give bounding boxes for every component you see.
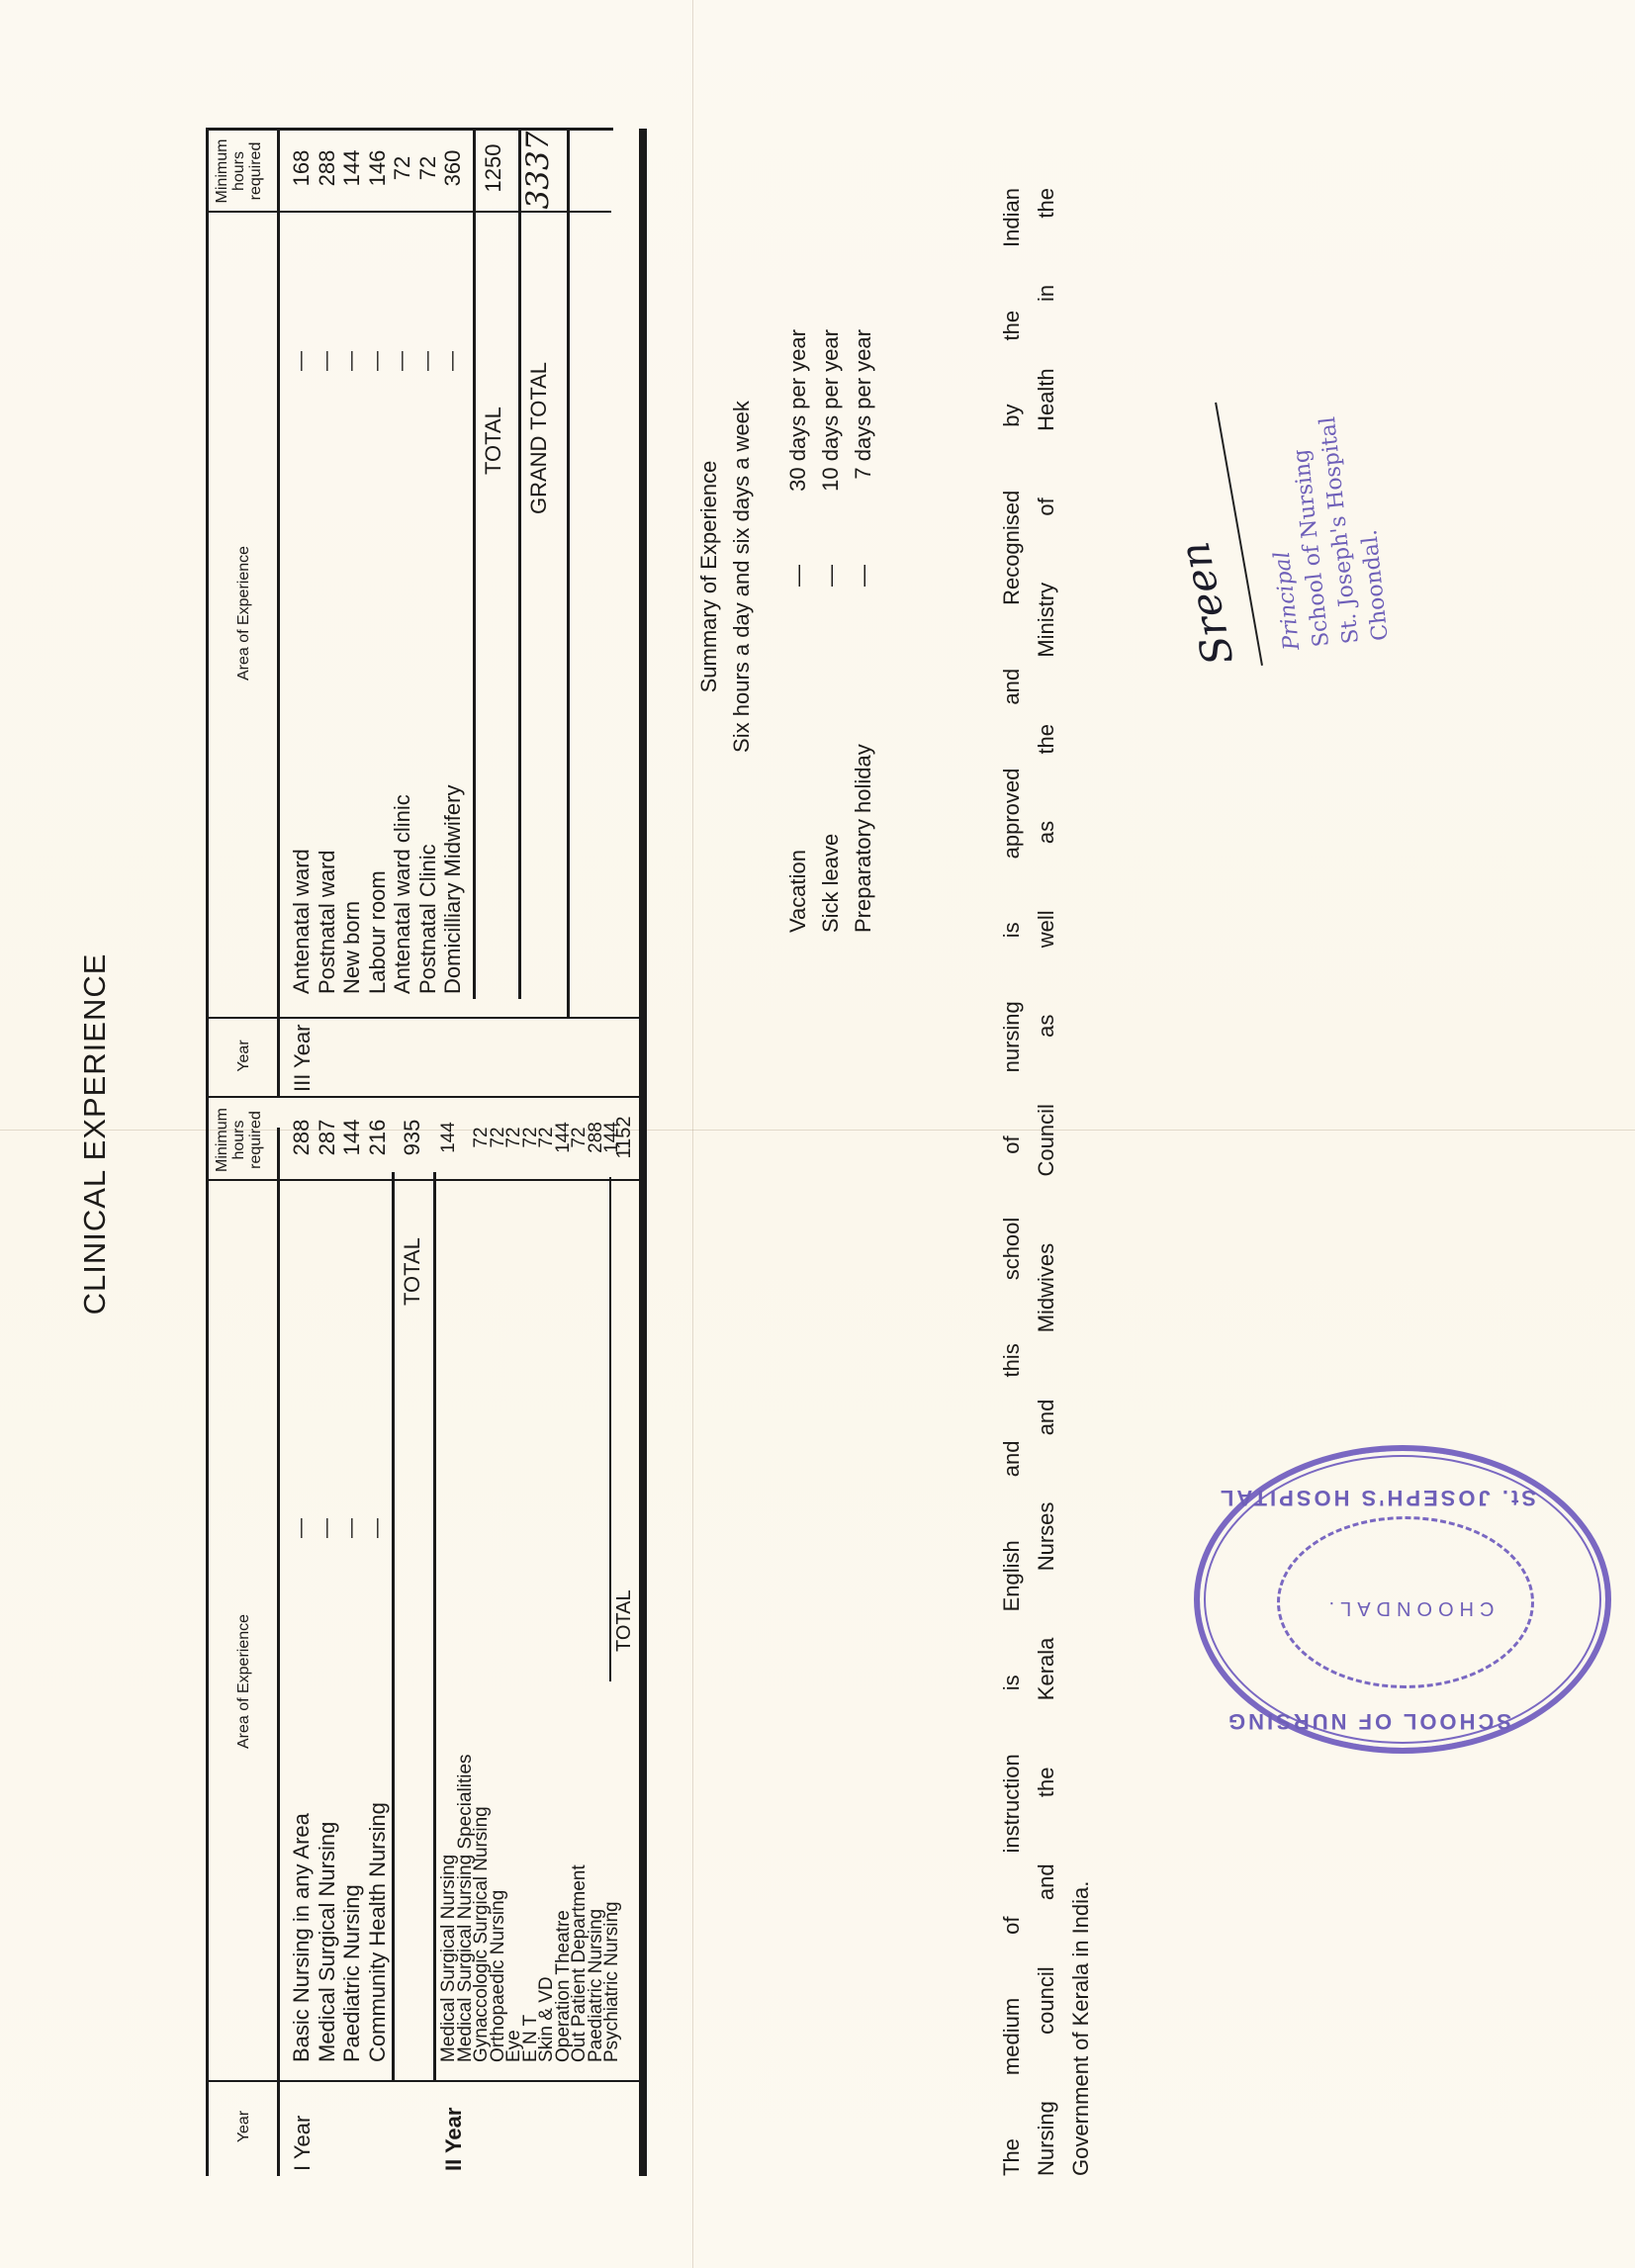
summary-value: 7 days per year xyxy=(847,329,879,537)
year-3-areas: Antenatal ward Postnatal ward New born L… xyxy=(289,785,466,994)
statement-line: The medium of instruction is English and… xyxy=(994,188,1029,2176)
area-item: New born xyxy=(339,785,365,994)
dash: — xyxy=(390,346,415,376)
summary-label: Vacation xyxy=(781,744,814,933)
subtotal-rule xyxy=(473,129,476,999)
dash: — xyxy=(847,565,879,587)
hours-value: 72 xyxy=(390,129,415,208)
year-2-hours: 144 72 72 72 72 72 144 72 288 144 xyxy=(441,1098,621,1177)
year-3-hours: 168 288 144 146 72 72 360 xyxy=(289,129,466,208)
summary-heading-block: Summary of Experience Six hours a day an… xyxy=(692,329,758,824)
table-top-rule xyxy=(206,129,209,2176)
year-3-total-label: TOTAL xyxy=(481,407,506,475)
year-2-areas: Medical Surgical Nursing Medical Surgica… xyxy=(441,1754,621,2062)
year-1-hours: 288 287 144 216 xyxy=(289,1098,390,1177)
dash: — xyxy=(315,346,340,376)
column-rule xyxy=(206,2080,643,2082)
dash: — xyxy=(289,1513,315,1543)
statement-paragraph: The medium of instruction is English and… xyxy=(994,188,1098,2176)
column-rule xyxy=(206,1179,643,1181)
principal-title-stamp: Principal School of Nursing St. Joseph's… xyxy=(1254,412,1396,652)
subtotal-rule xyxy=(392,1172,395,2082)
dash: — xyxy=(415,346,441,376)
area-item: Medical Surgical Nursing xyxy=(315,1802,340,2062)
dash: — xyxy=(814,565,847,587)
column-rule xyxy=(206,1017,567,1019)
summary-value: 10 days per year xyxy=(814,329,847,537)
statement-line: Government of Kerala in India. xyxy=(1063,188,1098,2176)
year-label-3: III Year xyxy=(290,1024,316,1092)
area-item: Labour room xyxy=(365,785,391,994)
year-3-total: 1250 xyxy=(481,129,506,208)
hours-value: 144 xyxy=(441,1098,458,1177)
area-item: Basic Nursing in any Area xyxy=(289,1802,315,2062)
year-label-1: I Year xyxy=(290,2116,316,2171)
summary-value: 30 days per year xyxy=(781,329,814,537)
area-item: Orthopaedic Nursing xyxy=(491,1754,507,2062)
header-area: Area of Experience xyxy=(235,1484,252,1879)
page-title: CLINICAL EXPERIENCE xyxy=(77,0,113,2268)
year-2-total: 1152 xyxy=(613,1098,636,1177)
dash: — xyxy=(315,1513,340,1543)
header-hours: Minimum hours required xyxy=(214,1103,264,1177)
area-item: Domicilliary Midwifery xyxy=(440,785,466,994)
header-rule xyxy=(277,1128,280,2176)
page-rule xyxy=(643,129,647,2176)
area-item: Postnatal ward xyxy=(315,785,340,994)
header-hours: Minimum hours required xyxy=(214,133,264,210)
subtotal-rule xyxy=(518,129,521,999)
dash: — xyxy=(781,565,814,587)
area-item: Community Health Nursing xyxy=(365,1802,391,2062)
hours-value: 144 xyxy=(339,1098,365,1177)
document-page: CLINICAL EXPERIENCE Year Area of Experie… xyxy=(0,0,1635,2268)
header-year: Year xyxy=(235,2087,252,2166)
year-label-2: II Year xyxy=(441,2108,467,2171)
statement-line: Nursing council and the Kerala Nurses an… xyxy=(1029,188,1063,2176)
column-rule xyxy=(206,211,611,213)
summary-schedule: Six hours a day and six days a week xyxy=(725,329,758,824)
stamp-ring-top: SCHOOL OF NURSING xyxy=(1226,1708,1511,1734)
summary-values: 30 days per year 10 days per year 7 days… xyxy=(781,329,879,537)
year-1-total: 935 xyxy=(400,1098,425,1177)
dash: — xyxy=(365,346,391,376)
year-1-dashes: — — — — xyxy=(289,1513,390,1543)
hours-value: 72 xyxy=(415,129,441,208)
dash: — xyxy=(339,346,365,376)
hours-value: 288 xyxy=(289,1098,315,1177)
hours-value: 288 xyxy=(315,129,340,208)
header-rule xyxy=(277,129,280,1098)
area-item: Postnatal Clinic xyxy=(415,785,441,994)
stamp-center-text: CHOONDAL. xyxy=(1212,1596,1605,1619)
area-item: Antenatal ward clinic xyxy=(390,785,415,994)
school-seal-stamp: SCHOOL OF NURSING St. JOSEPH'S HOSPITAL … xyxy=(1194,1445,1611,1754)
subtotal-rule xyxy=(433,1172,436,2082)
dash: — xyxy=(365,1513,391,1543)
summary-heading: Summary of Experience xyxy=(692,329,725,824)
hours-value: 146 xyxy=(365,129,391,208)
summary-label: Sick leave xyxy=(814,744,847,933)
hours-value: 144 xyxy=(339,129,365,208)
dash: — xyxy=(339,1513,365,1543)
hours-value: 360 xyxy=(440,129,466,208)
header-area: Area of Experience xyxy=(235,415,252,811)
grand-total: 3337 xyxy=(520,131,556,210)
summary-dashes: — — — xyxy=(781,565,879,587)
hours-value: 287 xyxy=(315,1098,340,1177)
area-item: Paediatric Nursing xyxy=(339,1802,365,2062)
summary-label: Preparatory holiday xyxy=(847,744,879,933)
principal-signature: Sreen xyxy=(1169,538,1242,670)
dash: — xyxy=(289,346,315,376)
year-1-total-label: TOTAL xyxy=(400,1237,425,1306)
hours-value: 168 xyxy=(289,129,315,208)
clinical-experience-table: Year Area of Experience Minimum hours re… xyxy=(206,129,643,2176)
summary-labels: Vacation Sick leave Preparatory holiday xyxy=(781,744,879,933)
grand-total-label: GRAND TOTAL xyxy=(526,362,552,514)
year-1-areas: Basic Nursing in any Area Medical Surgic… xyxy=(289,1802,390,2062)
subtotal-rule xyxy=(609,1177,611,1681)
stamp-ring-bottom: St. JOSEPH'S HOSPITAL xyxy=(1218,1485,1536,1510)
year-3-dashes: — — — — — — — xyxy=(289,346,466,376)
area-item: Psychiatric Nursing xyxy=(604,1754,621,2062)
header-year: Year xyxy=(235,1019,252,1093)
dash: — xyxy=(440,346,466,376)
hours-value: 216 xyxy=(365,1098,391,1177)
subtotal-rule xyxy=(567,129,570,1019)
year-2-total-label: TOTAL xyxy=(613,1589,636,1652)
area-item: Antenatal ward xyxy=(289,785,315,994)
